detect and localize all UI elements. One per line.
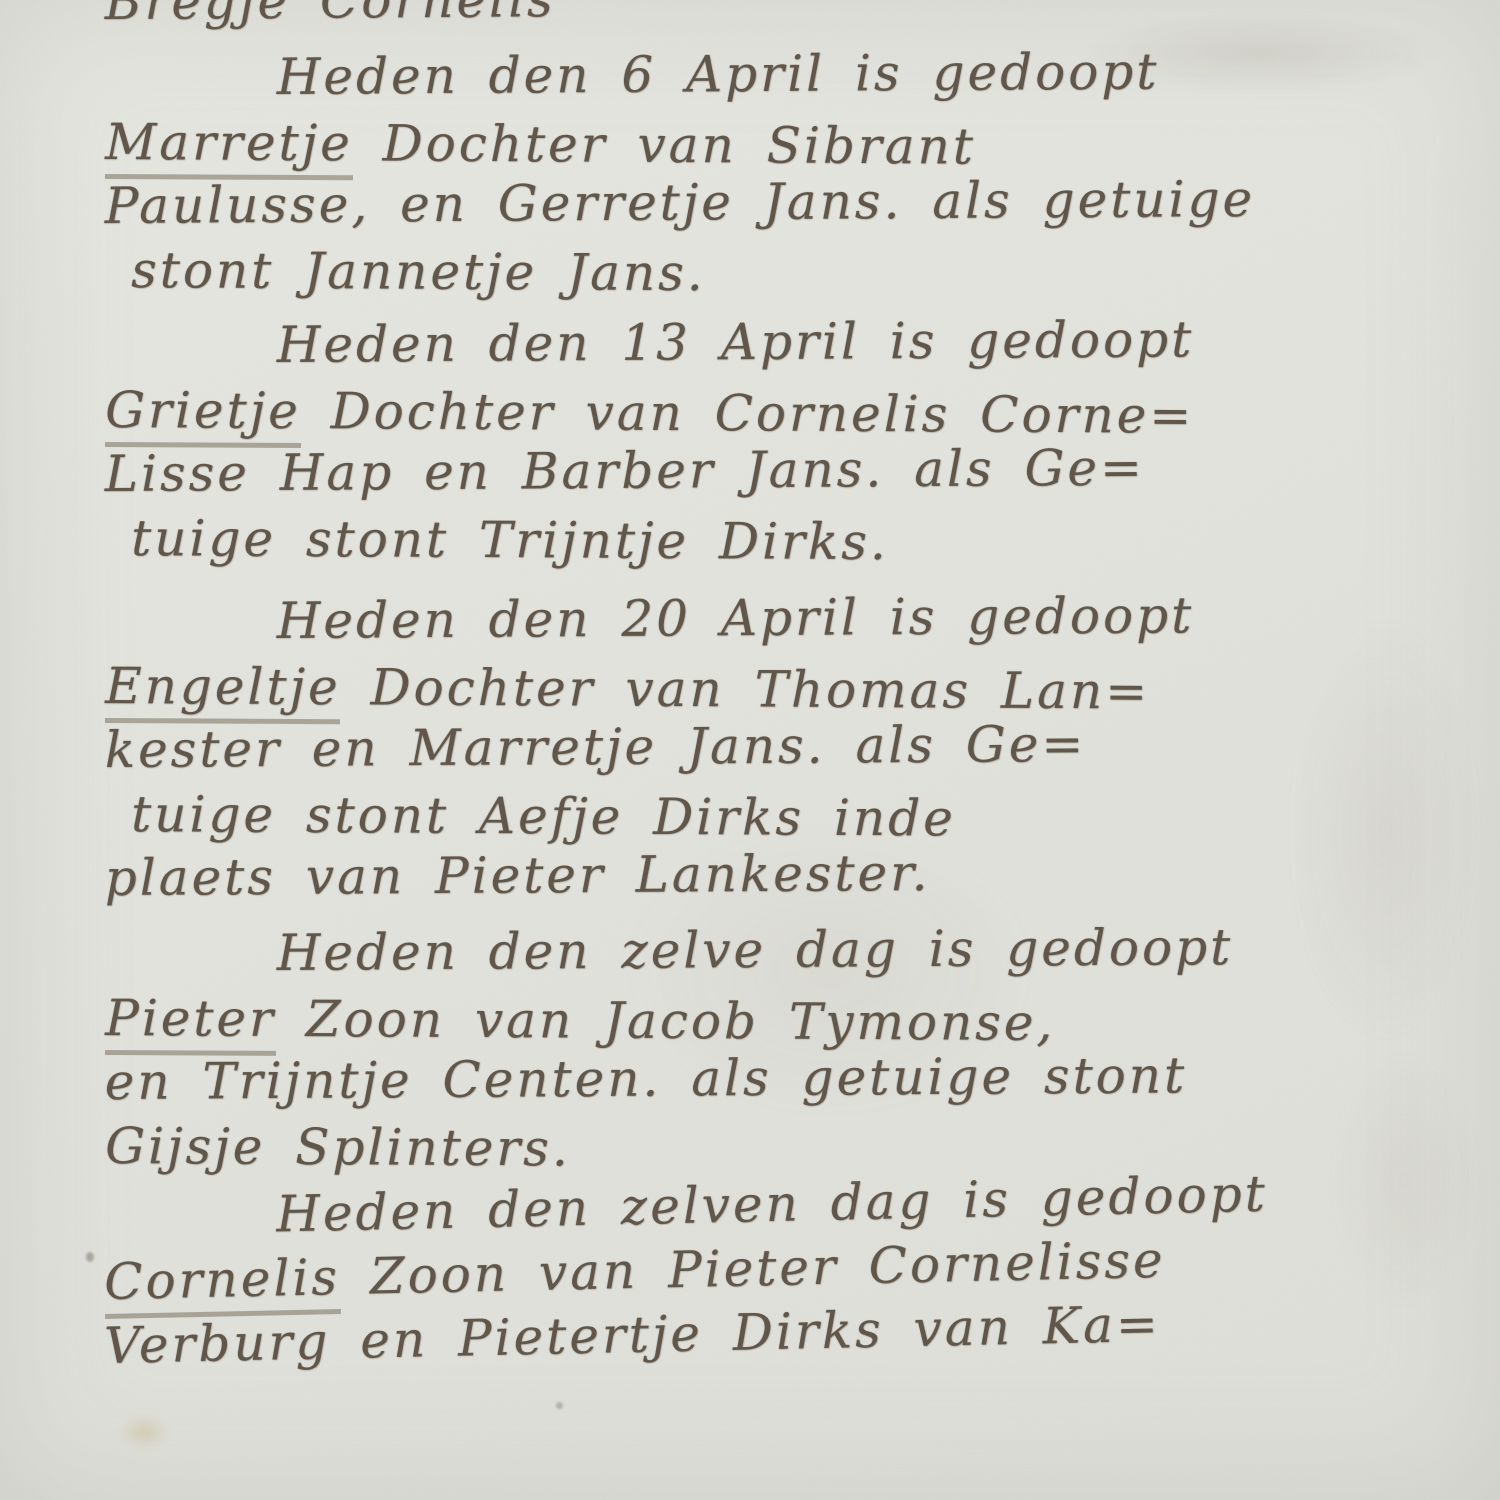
line-text: Lisse Hap en Barber Jans. als Ge= [105, 439, 1145, 503]
line-text: stont Jannetje Jans. [131, 241, 706, 302]
manuscript-line: Paulusse, en Gerretje Jans. als getuige [105, 166, 1440, 238]
manuscript-line: Heden den zelve dag is gedoopt [105, 914, 1440, 986]
manuscript-line: stont Jannetje Jans. [105, 238, 1440, 309]
underlined-name: Grietje [105, 381, 301, 448]
manuscript-line: Heden den 6 April is gedoopt [105, 38, 1440, 110]
line-text: Zoon van Jacob Tymonse, [276, 990, 1056, 1052]
clipped-top-line: Bregje Cornelis [105, 0, 556, 34]
manuscript-line: Lisse Hap en Barber Jans. als Ge= [105, 434, 1440, 506]
baptism-entry: Heden den 20 April is gedoopt Engeltje D… [105, 590, 1440, 910]
line-text: tuige stont Aefje Dirks inde [131, 785, 956, 847]
line-text: Dochter van Thomas Lan= [340, 658, 1150, 720]
manuscript-page: Bregje Cornelis Heden den 6 April is ged… [0, 0, 1500, 1500]
line-text: Dochter van Sibrant [353, 114, 976, 175]
line-text: Gijsje Splinters. [105, 1117, 571, 1177]
baptism-entry: Heden den zelve dag is gedoopt Pieter Zo… [105, 922, 1440, 1178]
manuscript-line: en Trijntje Centen. als getuige stont [105, 1042, 1440, 1114]
manuscript-line: Heden den 20 April is gedoopt [105, 582, 1440, 654]
line-text: Heden den 13 April is gedoopt [277, 310, 1195, 374]
manuscript-line: Heden den 13 April is gedoopt [105, 306, 1440, 378]
manuscript-line: tuige stont Trijntje Dirks. [105, 506, 1440, 577]
baptism-entry: Heden den 6 April is gedoopt Marretje Do… [105, 46, 1440, 302]
line-text: tuige stont Trijntje Dirks. [131, 509, 889, 571]
manuscript-line: kester en Marretje Jans. als Ge= [105, 710, 1440, 782]
underlined-name: Marretje [105, 113, 353, 180]
underlined-name: Engeltje [105, 657, 341, 724]
line-text: Paulusse, en Gerretje Jans. als getuige [105, 170, 1256, 235]
line-text: plaets van Pieter Lankester. [105, 844, 931, 907]
baptism-entry: Heden den 13 April is gedoopt Grietje Do… [105, 314, 1440, 570]
underlined-name: Cornelis [104, 1248, 341, 1319]
line-text: Bregje Cornelis [105, 0, 556, 31]
text-column: Bregje Cornelis Heden den 6 April is ged… [0, 0, 1500, 1500]
baptism-entry: Heden den zelven dag is gedoopt Cornelis… [105, 1186, 1440, 1378]
line-text: Heden den 20 April is gedoopt [277, 586, 1195, 650]
line-text: Heden den 6 April is gedoopt [277, 43, 1160, 106]
line-text: Heden den zelve dag is gedoopt [277, 918, 1234, 982]
line-text: en Trijntje Centen. als getuige stont [105, 1046, 1188, 1111]
line-text: kester en Marretje Jans. als Ge= [105, 715, 1087, 779]
manuscript-line: plaets van Pieter Lankester. [105, 838, 1440, 910]
underlined-name: Pieter [105, 989, 276, 1056]
